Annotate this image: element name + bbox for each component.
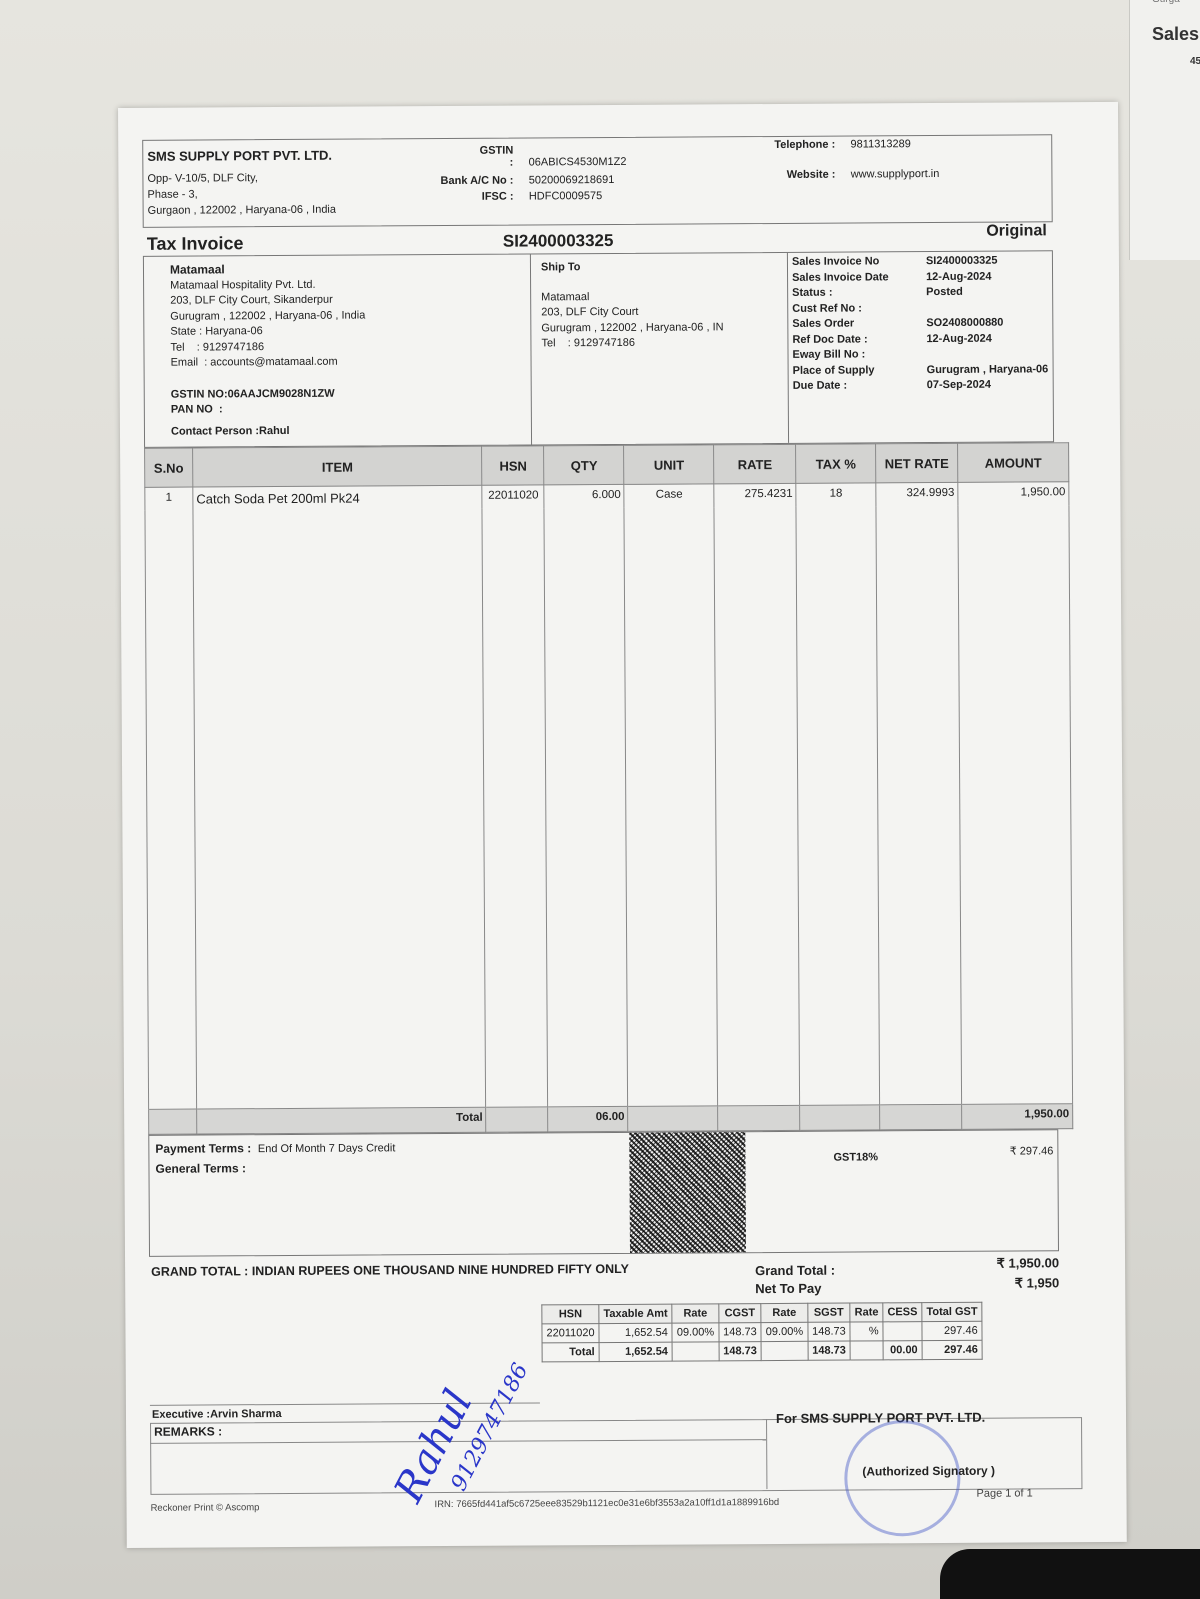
tax-summary-cell: 148.73 [719, 1342, 762, 1361]
tax-summary-cell: 148.73 [808, 1322, 851, 1341]
column-header: UNIT [624, 445, 714, 485]
side-text: 45 [1190, 56, 1200, 67]
meta-row: Place of SupplyGurugram , Haryana-06 [793, 362, 1053, 379]
meta-key: Sales Order [792, 316, 926, 332]
company-address-line: Opp- V-10/5, DLF City, [147, 170, 335, 187]
contact-person: Contact Person :Rahul [171, 422, 531, 440]
ship-line: Matamaal [541, 288, 787, 305]
dark-object [940, 1549, 1200, 1599]
invoice-meta: Sales Invoice NoSI2400003325Sales Invoic… [788, 251, 1053, 443]
side-text: Gurga [1152, 0, 1180, 5]
column-header: AMOUNT [958, 443, 1069, 483]
tax-summary-cell: % [850, 1322, 883, 1341]
parties-section: Matamaal Matamaal Hospitality Pvt. Ltd. … [143, 250, 1054, 448]
general-terms-label: General Terms : [155, 1161, 246, 1176]
meta-key: Ref Doc Date : [792, 332, 926, 348]
tax-summary-cell: 09.00% [761, 1322, 807, 1341]
meta-row: Due Date :07-Sep-2024 [793, 377, 1053, 394]
total-amount: 1,950.00 [962, 1104, 1073, 1130]
tax-summary-cell: 09.00% [672, 1323, 718, 1342]
total-label: Total [197, 1107, 487, 1134]
tax-summary-cell: 00.00 [883, 1341, 922, 1360]
meta-key: Sales Invoice No [792, 254, 926, 270]
grand-total-value: ₹ 1,950.00 [997, 1255, 1060, 1271]
items-table: S.NoITEMHSNQTYUNITRATETAX %NET RATEAMOUN… [144, 442, 1073, 1135]
company-address-line: Phase - 3, [147, 186, 335, 203]
cell-item: Catch Soda Pet 200ml Pk24 [193, 485, 483, 510]
tax-summary-cell: CESS [883, 1303, 922, 1322]
gst-amount: ₹ 297.46 [1010, 1144, 1054, 1157]
column-header: HSN [482, 446, 544, 485]
cell-qty: 6.000 [544, 484, 624, 508]
meta-key: Eway Bill No : [792, 347, 926, 363]
tax-summary-table: HSNTaxable AmtRateCGSTRateSGSTRateCESSTo… [541, 1302, 983, 1363]
company-name: SMS SUPPLY PORT PVT. LTD. [147, 148, 335, 165]
payment-terms-label: Payment Terms : [155, 1141, 251, 1156]
tax-summary-cell: 297.46 [922, 1340, 982, 1359]
meta-row: Sales Invoice Date12-Aug-2024 [792, 269, 1052, 286]
tax-summary-cell: Total GST [922, 1302, 982, 1321]
tax-summary-cell: 22011020 [542, 1324, 599, 1343]
tax-summary-cell: 148.73 [719, 1323, 762, 1342]
meta-value: Gurugram , Haryana-06 [927, 362, 1049, 378]
ship-line: 203, DLF City Court [541, 304, 787, 321]
tax-summary-cell: 1,652.54 [599, 1342, 672, 1361]
amount-in-words: GRAND TOTAL : INDIAN RUPEES ONE THOUSAND… [151, 1262, 629, 1279]
irn: IRN: 7665fd441af5c6725eee83529b1121ec0e3… [435, 1497, 780, 1510]
copy-type: Original [986, 222, 1047, 240]
cell-sno: 1 [145, 487, 193, 511]
grand-total-label: Grand Total : [755, 1263, 835, 1278]
telephone-value: 9811313289 [850, 138, 910, 150]
bill-to: Matamaal Matamaal Hospitality Pvt. Ltd. … [144, 254, 532, 446]
column-header: S.No [145, 448, 193, 487]
column-header: RATE [714, 444, 796, 483]
invoice: SMS SUPPLY PORT PVT. LTD. Opp- V-10/5, D… [142, 134, 1060, 1497]
authorized-signatory: (Authorized Signatory ) [862, 1464, 995, 1479]
tax-summary-cell [883, 1322, 922, 1341]
meta-value: 12-Aug-2024 [926, 331, 992, 347]
company-block: SMS SUPPLY PORT PVT. LTD. Opp- V-10/5, D… [147, 148, 336, 219]
tax-summary-cell: 148.73 [808, 1341, 851, 1360]
cell-tax: 18 [796, 483, 876, 507]
meta-row: Eway Bill No : [792, 346, 1052, 363]
company-address-line: Gurgaon , 122002 , Haryana-06 , India [148, 202, 336, 219]
bank-value: 50200069218691 [529, 174, 615, 187]
meta-value: SI2400003325 [926, 254, 998, 270]
tax-summary-cell: Rate [761, 1303, 807, 1322]
doc-title: Tax Invoice [147, 233, 244, 255]
meta-row: Ref Doc Date :12-Aug-2024 [792, 331, 1052, 348]
cell-amount: 1,950.00 [958, 482, 1069, 506]
ifsc-value: HDFC0009575 [529, 190, 602, 202]
print-credit: Reckoner Print © Ascomp [151, 1502, 260, 1514]
adjacent-paper: Gurga Sales 45 [1129, 0, 1200, 260]
ship-to-label: Ship To [541, 259, 787, 276]
tax-summary-cell: Taxable Amt [599, 1304, 672, 1323]
cell-hsn: 22011020 [482, 485, 544, 509]
cell-unit: Case [624, 484, 714, 508]
tax-summary-cell [672, 1342, 718, 1361]
column-header: TAX % [796, 444, 876, 483]
meta-row: Sales Invoice NoSI2400003325 [792, 253, 1052, 270]
meta-row: Cust Ref No : [792, 300, 1052, 317]
meta-row: Sales OrderSO2408000880 [792, 315, 1052, 332]
website-value: www.supplyport.in [851, 168, 940, 181]
meta-key: Sales Invoice Date [792, 270, 926, 286]
website-label: Website : [767, 169, 835, 181]
total-qty: 06.00 [548, 1106, 628, 1131]
grand-total-section: GRAND TOTAL : INDIAN RUPEES ONE THOUSAND… [149, 1251, 1059, 1297]
gstin-label: GSTIN : [473, 145, 513, 169]
bank-label: Bank A/C No : [437, 175, 513, 187]
tax-summary-cell: 297.46 [922, 1321, 982, 1340]
meta-key: Cust Ref No : [792, 301, 926, 317]
invoice-number: SI2400003325 [503, 231, 614, 252]
tax-summary-cell: Total [542, 1343, 599, 1362]
executive-name: Executive :Arvin Sharma [152, 1408, 282, 1421]
bottom-section: HSNTaxable AmtRateCGSTRateSGSTRateCESSTo… [149, 1291, 1060, 1497]
meta-key: Place of Supply [793, 363, 927, 379]
meta-value: 07-Sep-2024 [927, 378, 991, 394]
tax-summary-cell: CGST [718, 1304, 761, 1323]
side-text: Sales [1152, 24, 1199, 45]
title-row: Tax Invoice SI2400003325 Original [143, 222, 1053, 256]
ifsc-label: IFSC : [438, 191, 514, 203]
tax-summary-cell: Rate [672, 1304, 718, 1323]
meta-key: Status : [792, 285, 926, 301]
ship-line: Tel : 9129747186 [541, 335, 787, 352]
meta-row: Status :Posted [792, 284, 1052, 301]
meta-value: SO2408000880 [926, 316, 1003, 332]
column-header: NET RATE [876, 443, 958, 482]
meta-value: Posted [926, 285, 963, 301]
qr-code [629, 1132, 746, 1253]
tax-summary-cell [850, 1341, 883, 1360]
company-header: SMS SUPPLY PORT PVT. LTD. Opp- V-10/5, D… [142, 134, 1053, 228]
ship-line: Gurugram , 122002 , Haryana-06 , IN [541, 319, 787, 336]
column-header: ITEM [193, 446, 483, 487]
invoice-paper: SMS SUPPLY PORT PVT. LTD. Opp- V-10/5, D… [118, 102, 1127, 1548]
meta-value: 12-Aug-2024 [926, 269, 992, 285]
gst-label: GST18% [833, 1151, 878, 1163]
meta-key: Due Date : [793, 378, 927, 394]
cell-rate: 275.4231 [714, 483, 796, 507]
terms-section: Payment Terms : End Of Month 7 Days Cred… [148, 1129, 1059, 1257]
payment-terms-value: End Of Month 7 Days Credit [258, 1142, 396, 1155]
tax-summary-cell: HSN [542, 1305, 599, 1324]
ship-to: Ship To Matamaal 203, DLF City Court Gur… [531, 253, 789, 445]
page-number: Page 1 of 1 [976, 1487, 1032, 1499]
gstin-value: 06ABICS4530M1Z2 [529, 156, 627, 169]
cell-net_rate: 324.9993 [876, 482, 958, 506]
tax-summary-cell: Rate [850, 1303, 883, 1322]
tax-summary-cell [761, 1341, 807, 1360]
net-to-pay-value: ₹ 1,950 [1015, 1275, 1060, 1291]
tax-summary-cell: 1,652.54 [599, 1323, 672, 1342]
telephone-label: Telephone : [767, 139, 835, 151]
column-header: QTY [544, 445, 624, 484]
tax-summary-cell: SGST [807, 1303, 850, 1322]
